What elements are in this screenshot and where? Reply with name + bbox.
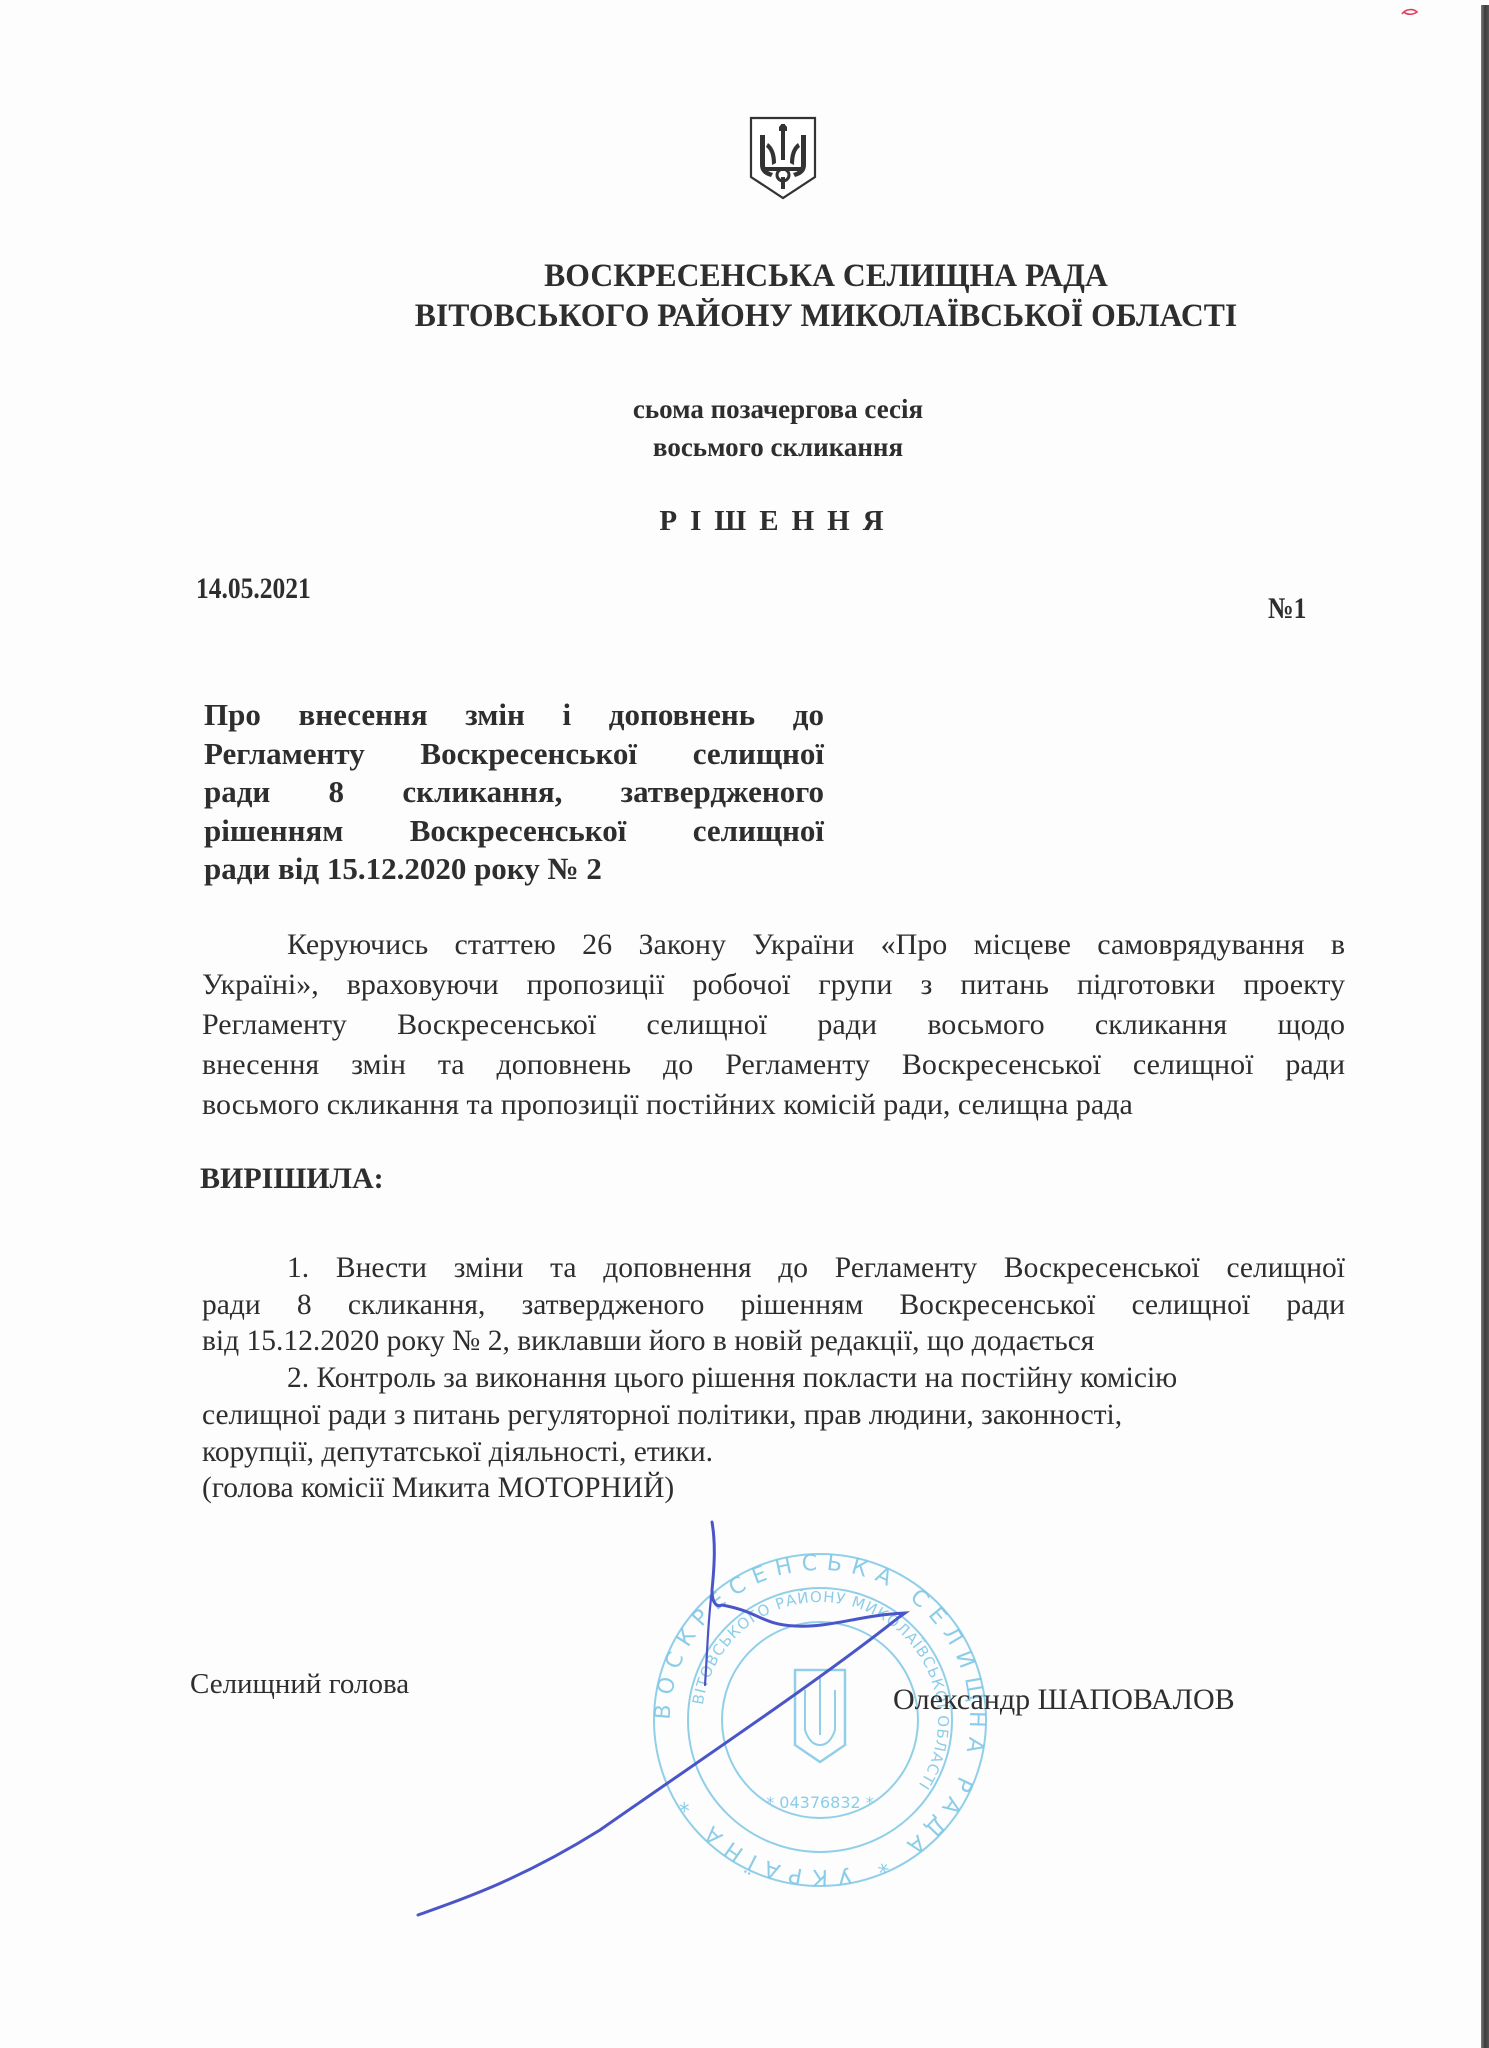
- decision-number: №1: [1268, 592, 1306, 626]
- session-line1: сьома позачергова сесія: [0, 390, 1489, 428]
- session-info: сьома позачергова сесія восьмого скликан…: [0, 390, 1489, 466]
- decision-point-1-line: від 15.12.2020 року № 2, виклавши його в…: [202, 1323, 1345, 1360]
- ukraine-coat-of-arms-icon: [748, 115, 818, 201]
- decided-label: ВИРІШИЛА:: [200, 1162, 384, 1196]
- organization-title: ВОСКРЕСЕНСЬКА СЕЛИЩНА РАДА ВІТОВСЬКОГО Р…: [33, 256, 1489, 336]
- decision-subject: Про внесення змін і доповнень до Регламе…: [204, 696, 824, 889]
- svg-text:* 04376832 *: * 04376832 *: [766, 1793, 874, 1812]
- subject-line: ради від 15.12.2020 року № 2: [204, 850, 824, 889]
- subject-line: ради 8 скликання, затвердженого: [204, 773, 824, 812]
- decision-point-1-line: 1. Внести зміни та доповнення до Регламе…: [202, 1250, 1345, 1287]
- decision-point-2-line: 2. Контроль за виконання цього рішення п…: [202, 1360, 1345, 1397]
- organization-name-line1: ВОСКРЕСЕНСЬКА СЕЛИЩНА РАДА: [33, 256, 1489, 296]
- preamble-line: Україні», враховуючи пропозиції робочої …: [202, 965, 1345, 1005]
- signatory-name: Олександр ШАПОВАЛОВ: [893, 1683, 1235, 1717]
- preamble-line: Керуючись статтею 26 Закону України «Про…: [202, 925, 1345, 965]
- official-stamp: ВОСКРЕСЕНСЬКА СЕЛИЩНА РАДА * УКРАЇНА * В…: [650, 1550, 990, 1890]
- decision-date: 14.05.2021: [196, 572, 311, 606]
- organization-name-line2: ВІТОВСЬКОГО РАЙОНУ МИКОЛАЇВСЬКОЇ ОБЛАСТІ: [33, 296, 1489, 336]
- decision-point-1-line: ради 8 скликання, затвердженого рішенням…: [202, 1287, 1345, 1324]
- session-line2: восьмого скликання: [0, 428, 1489, 466]
- subject-line: Регламенту Воскресенської селищної: [204, 735, 824, 774]
- decision-points: 1. Внести зміни та доповнення до Регламе…: [202, 1250, 1345, 1507]
- preamble-paragraph: Керуючись статтею 26 Закону України «Про…: [202, 925, 1345, 1125]
- subject-line: Про внесення змін і доповнень до: [204, 696, 824, 735]
- red-pen-mark-icon: [1400, 6, 1420, 18]
- preamble-line: Регламенту Воскресенської селищної ради …: [202, 1005, 1345, 1045]
- decision-point-2-line: селищної ради з питань регуляторної полі…: [202, 1397, 1345, 1434]
- decision-point-2-line: корупції, депутатської діяльності, етики…: [202, 1434, 1345, 1471]
- signatory-title: Селищний голова: [190, 1668, 409, 1701]
- document-type-heading: РІШЕННЯ: [0, 505, 1489, 538]
- preamble-line: внесення змін та доповнень до Регламенту…: [202, 1045, 1345, 1085]
- subject-line: рішенням Воскресенської селищної: [204, 812, 824, 851]
- commission-head-note: (голова комісії Микита МОТОРНИЙ): [202, 1470, 1345, 1507]
- preamble-line: восьмого скликання та пропозиції постійн…: [202, 1085, 1345, 1125]
